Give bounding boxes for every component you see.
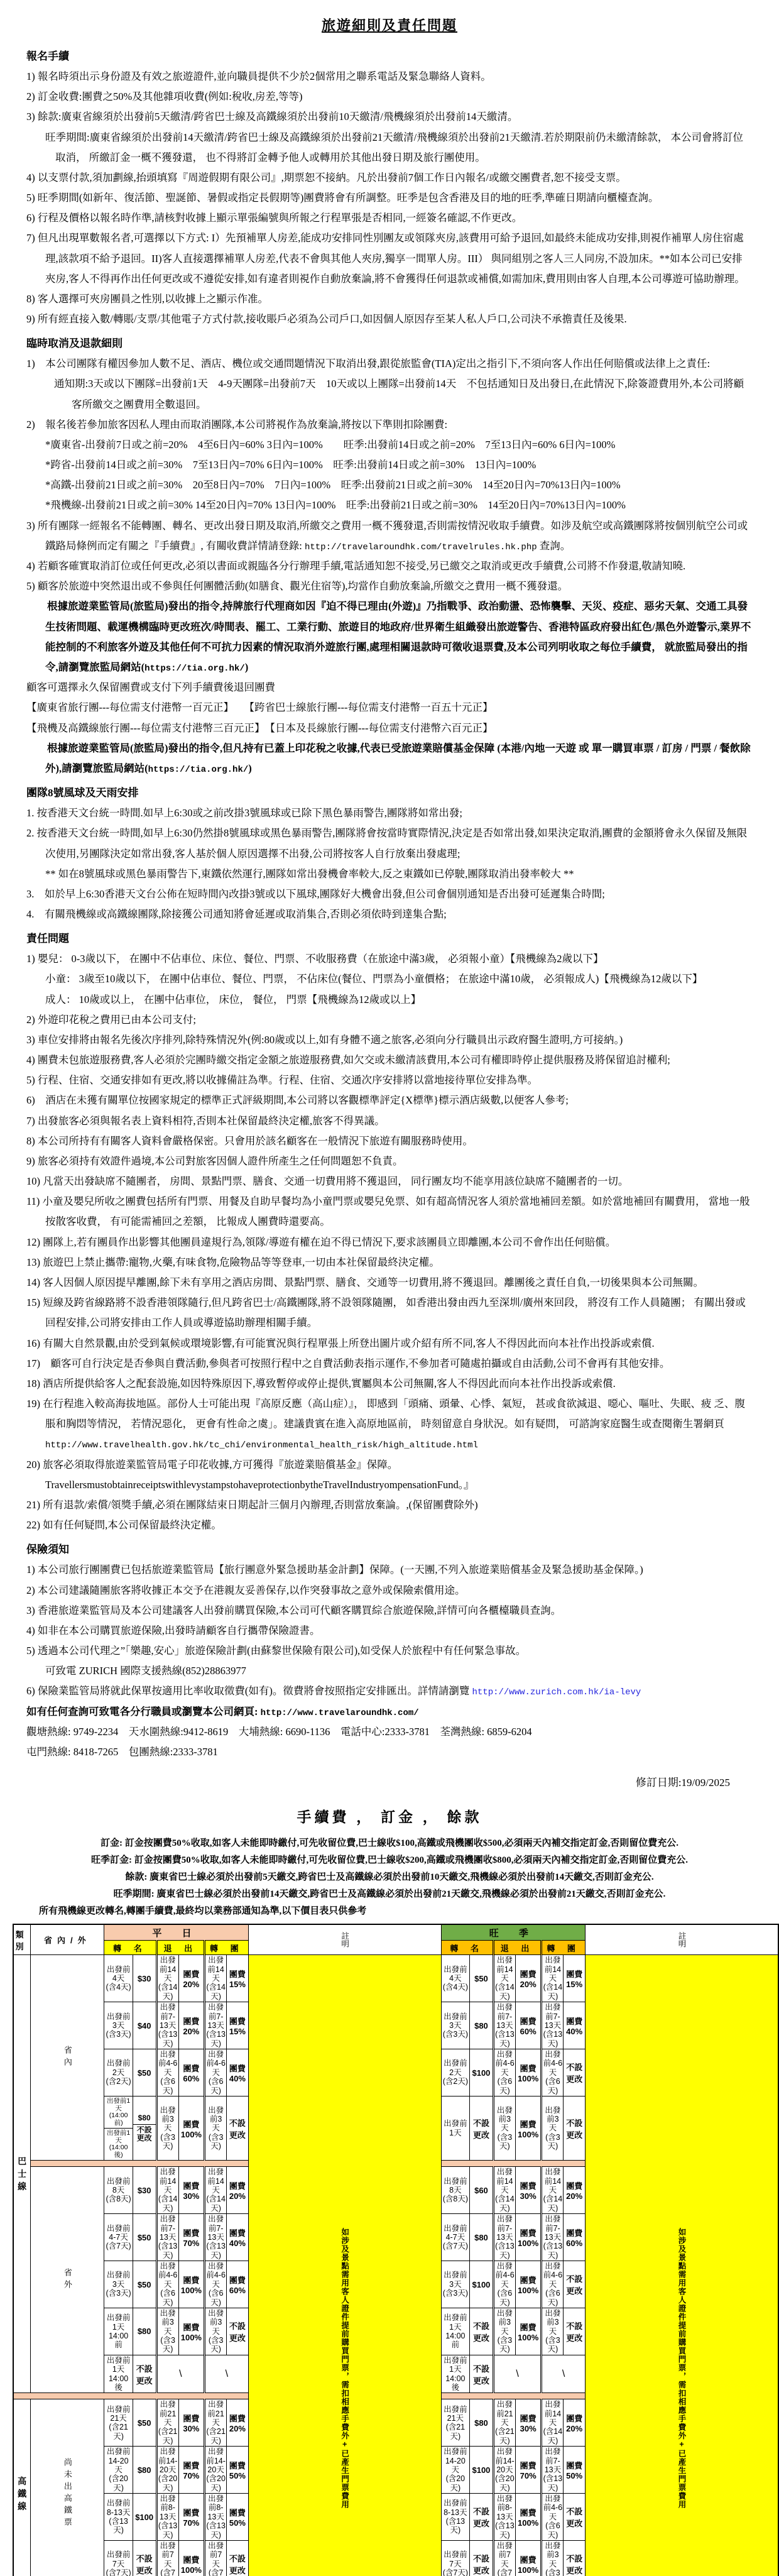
url-text: http://travelaroundhk.com/travelrules.hk… bbox=[305, 542, 537, 552]
paragraph: 4. 有關飛機線或高鐵線團隊,除接獲公司通知將會延遲或取消集合,否則必須依時到達… bbox=[26, 904, 753, 924]
paragraph: *飛機線-出發前21日或之前=30% 14至20日內=70% 13日內=100%… bbox=[26, 495, 753, 515]
paragraph: 2) 外遊印花稅之費用已由本公司支付; bbox=[26, 1010, 753, 1030]
text-run: 19) 在行程進入較高海拔地區。部份人士可能出現『高原反應（高山症）』， 即感到… bbox=[26, 1398, 745, 1430]
fee-cell: 不設更改 bbox=[227, 2308, 248, 2355]
fee-cell: $80 bbox=[470, 2214, 494, 2261]
paragraph: 3) 香港旅遊業監管局及本公司建議客人出發前購買保險,本公司可代顧客購買綜合旅遊… bbox=[26, 1601, 753, 1621]
text-run: ) bbox=[245, 661, 249, 673]
fee-cell: 出發前1天 14:00前 bbox=[104, 2308, 133, 2355]
fee-cell: 出發前8天 (含8天) bbox=[441, 2167, 469, 2214]
fee-cell: 出發前4-6天 (含6天) bbox=[156, 2261, 178, 2308]
fee-table-header: 轉 團 bbox=[205, 1941, 249, 1955]
paragraph: 14) 客人因個人原因提早離團,餘下未有享用之酒店房間、景點門票、膳食、交通等一… bbox=[26, 1273, 753, 1293]
fee-cell: 不設更改 bbox=[564, 2096, 585, 2160]
fee-cell: 團費40% bbox=[227, 2214, 248, 2261]
paragraph: *高鐵-出發前21日或之前=30% 20至8日內=70% 7日內=100% 旺季… bbox=[26, 475, 753, 495]
fee-cell: 出發前4-6天 (含6天) bbox=[493, 2261, 515, 2308]
fee-cell: 團費30% bbox=[178, 2167, 204, 2214]
fee-cell: 出發前14天 (含14天) bbox=[542, 1955, 564, 2002]
paragraph: 旺季期間:廣東省線須於出發前14天繳清/跨省巴士線及高鐵線須於出發前21天繳清/… bbox=[26, 128, 753, 168]
fee-cell: 團費20% bbox=[227, 2167, 248, 2214]
fee-cell: 出發前7-13天 (含13天) bbox=[493, 2214, 515, 2261]
fee-cell: 出發前14天 (含14天) bbox=[542, 2167, 564, 2214]
fee-cell: 團費70% bbox=[178, 2214, 204, 2261]
fee-cell: 出發前14-20天 (含20天) bbox=[493, 2447, 515, 2494]
fee-cell: 出發前14天 (含14天) bbox=[205, 1955, 227, 2002]
category-cell: 巴士線 bbox=[13, 1955, 31, 2393]
fee-intro: 訂金: 訂金按團費50%收取,如客人未能即時繳付,可先收留位費,巴士線收$100… bbox=[0, 1834, 779, 1920]
paragraph: 可致電 ZURICH 國際支援熱線(852)28863977 bbox=[26, 1661, 753, 1681]
fee-cell: 團費100% bbox=[515, 2261, 541, 2308]
paragraph: 6) 行程及價格以報名時作準,請核對收據上顯示單張編號與所報之行程單張是否相同,… bbox=[26, 208, 753, 228]
paragraph: 22) 如有任何疑問,本公司保留最終決定權。 bbox=[26, 1515, 753, 1535]
fee-cell: $80 bbox=[470, 2399, 494, 2447]
url-text: http://www.travelhealth.gov.hk/tc_chi/en… bbox=[45, 1440, 478, 1450]
paragraph: 顧客可選擇永久保留團費或支付下列手續費後退回團費 bbox=[26, 677, 753, 698]
paragraph: 3. 如於早上6:30香港天文台公佈在短時間內改掛3號或以下風球,團隊好大機會出… bbox=[26, 884, 753, 904]
fee-cell: 出發前14天 (含14天) bbox=[205, 2167, 227, 2214]
text-run: 如有任何查詢可致電各分行職員或瀏覽本公司網頁: bbox=[26, 1706, 261, 1718]
fee-cell: 出發前7-13天 (含13天) bbox=[493, 2002, 515, 2049]
fee-cell: 出發前21天 (含21天) bbox=[104, 2399, 133, 2447]
fee-cell: 出發前4天 (含4天) bbox=[441, 1955, 469, 2002]
paragraph: 18) 酒店所提供給客人之配套設施,如因特殊原因下,導致暫停或停止提供,實屬與本… bbox=[26, 1374, 753, 1394]
fee-cell: 團費60% bbox=[564, 2214, 585, 2261]
paragraph: 根據旅遊業監管局(旅監局)發出的指令,持牌旅行代理商如因『迫不得已理由(外遊)』… bbox=[26, 596, 753, 677]
fee-cell: 出發前7天 (含7天) bbox=[441, 2540, 469, 2576]
fee-cell: 不設更改 bbox=[564, 2540, 585, 2576]
scope-cell: 省外 bbox=[31, 2167, 104, 2393]
fee-cell: $50 bbox=[133, 2399, 156, 2447]
paragraph: 屯門熱線: 8418-7265 包團熱線:2333-3781 bbox=[26, 1742, 753, 1762]
paragraph: 1) 報名時須出示身份證及有效之旅遊證件,並向職員提供不少於2個常用之聯系電話及… bbox=[26, 67, 753, 87]
paragraph: 11) 小童及嬰兒所收之團費包括所有門票、用餐及自助早餐均為小童門票或嬰兒免票、… bbox=[26, 1192, 753, 1232]
paragraph: 5) 透過本公司代理之”「樂趣,安心」旅遊保險計劃(由蘇黎世保險有限公司),如受… bbox=[26, 1641, 753, 1661]
fee-table-header: 退 出 bbox=[493, 1941, 542, 1955]
fee-table-header: 旺 季 bbox=[441, 1924, 585, 1941]
fee-cell: 團費50% bbox=[227, 2494, 248, 2541]
fee-cell: 團費60% bbox=[178, 2049, 204, 2096]
paragraph: 2) 訂金收費:團費之50%及其他雜項收費(例如:稅收,房差,等等) bbox=[26, 87, 753, 107]
fee-cell: 出發前3天 (含3天) bbox=[104, 2002, 133, 2049]
fee-cell: 不設更改 bbox=[227, 2540, 248, 2576]
fee-cell: 出發前2天 (含2天) bbox=[441, 2049, 469, 2096]
paragraph: 9) 旅客必須持有效證件過境,本公司對旅客因個人證件所產生之任何問題恕不負責。 bbox=[26, 1151, 753, 1171]
fee-table-header: 平 日 bbox=[104, 1924, 248, 1941]
paragraph: 【飛機及高鐵線旅行團---每位需支付港幣三百元正】 【日本及長線旅行團---每位… bbox=[26, 718, 753, 738]
fee-cell: 團費100% bbox=[178, 2261, 204, 2308]
text-run: 根據旅遊業監管局(旅監局)發出的指令,但凡持有已蓋上印花稅之收據,代表已受旅遊業… bbox=[26, 742, 751, 774]
text-run: 6) 保險業監管局將就此保單按適用比率收取徵費(如有)。徵費將會按照指定安排匯出… bbox=[26, 1685, 472, 1697]
category-cell: 高鐵線 bbox=[13, 2399, 31, 2576]
paragraph: 4) 以支票付款,須加劃線,抬頭填寫『周遊假期有限公司』,期票恕不接納。凡於出發… bbox=[26, 168, 753, 188]
paragraph: 5) 顧客於旅遊中突然退出或不參與任何團體活動(如膳食、觀光住宿等),均當作自動… bbox=[26, 576, 753, 596]
paragraph: 10) 凡當天出發缺席不隨團者， 房間、景點門票、膳食、交通一切費用將不獲退回，… bbox=[26, 1171, 753, 1192]
fee-cell: 團費50% bbox=[564, 2447, 585, 2494]
paragraph: 1) 嬰兒： 0-3歲以下， 在團中不佔車位、床位、餐位、門票、不收服務費（在旅… bbox=[26, 949, 753, 969]
fee-cell: $80 bbox=[470, 2002, 494, 2049]
fee-cell-na: \ bbox=[542, 2355, 586, 2393]
section-heading: 責任問題 bbox=[26, 929, 753, 945]
section-heading: 團隊8號風球及天雨安排 bbox=[26, 784, 753, 799]
fee-cell: 不設更改 bbox=[564, 2308, 585, 2355]
fee-table-header: 類別 bbox=[13, 1924, 31, 1955]
paragraph: 3) 餘款:廣東省線須於出發前5天繳清/跨省巴士線及高鐵線須於出發前10天繳清/… bbox=[26, 107, 753, 127]
text-run: ) bbox=[248, 762, 252, 774]
fee-cell: 出發前7-13天 (含13天) bbox=[156, 2214, 178, 2261]
paragraph: 成人： 10歲或以上， 在團中佔車位， 床位， 餐位， 門票【飛機線為12歲或以… bbox=[26, 990, 753, 1010]
fee-table-header: 省內/外 bbox=[31, 1924, 104, 1955]
separator-band bbox=[441, 2393, 585, 2399]
fee-cell: $50 bbox=[133, 2214, 156, 2261]
fee-cell: $40 bbox=[133, 2002, 156, 2049]
paragraph: 1) 本公司團隊有權因參加人數不足、酒店、機位或交通問題情況下取消出發,跟從旅監… bbox=[26, 354, 753, 374]
text-run: 根據旅遊業監管局(旅監局)發出的指令,持牌旅行代理商如因『迫不得已理由(外遊)』… bbox=[26, 600, 751, 673]
fee-cell: 出發前21天 (含21天) bbox=[441, 2399, 469, 2447]
section-heading: 保險須知 bbox=[26, 1540, 753, 1556]
fee-cell: $80不設更改 bbox=[133, 2096, 156, 2160]
paragraph: 餘款: 廣東省巴士線必須於出發前5天繳交,跨省巴士及高鐵線必須於出發前10天繳交… bbox=[26, 1869, 753, 1886]
fee-cell: 出發前8-13天 (含13天) bbox=[156, 2494, 178, 2541]
paragraph: 19) 在行程進入較高海拔地區。部份人士可能出現『高原反應（高山症）』， 即感到… bbox=[26, 1394, 753, 1455]
document-body: 報名手續1) 報名時須出示身份證及有效之旅遊證件,並向職員提供不少於2個常用之聯… bbox=[0, 41, 779, 1762]
fee-cell: 出發前1天 bbox=[441, 2096, 469, 2160]
paragraph: 2. 按香港天文台統一時間,如早上6:30仍然掛8號風球或黑色暴雨警告,團隊將會… bbox=[26, 823, 753, 863]
fee-cell: 出發前3天 (含3天) bbox=[156, 2096, 178, 2160]
fee-cell: 出發前8天 (含8天) bbox=[104, 2167, 133, 2214]
fee-cell: 出發前3天 (含3天) bbox=[441, 2261, 469, 2308]
fee-cell: $30 bbox=[133, 1955, 156, 2002]
fee-cell: 出發前3天 (含3天) bbox=[542, 2308, 564, 2355]
fee-cell: 出發前14-20天 (含20天) bbox=[441, 2447, 469, 2494]
paragraph: 小童： 3歲至10歲以下， 在團中佔車位、餐位、門票， 不佔床位(餐位、門票為小… bbox=[26, 969, 753, 989]
fee-cell: 出發前4-6天 (含6天) bbox=[542, 2494, 564, 2541]
fee-cell: $100 bbox=[470, 2261, 494, 2308]
scope-cell: 尚未出高鐵票 bbox=[31, 2399, 104, 2576]
fee-cell: 出發前3天 (含3天) bbox=[205, 2096, 227, 2160]
paragraph: 3) 車位安排將由報名先後次序排列,除特殊情況外(例:80歲或以上,如有身體不適… bbox=[26, 1030, 753, 1050]
document: 旅遊細則及責任問題 報名手續1) 報名時須出示身份證及有效之旅遊證件,並向職員提… bbox=[0, 15, 779, 2576]
fee-cell: 出發前7天 (含7天) bbox=[493, 2540, 515, 2576]
fee-cell: 出發前7-13天 (含13天) bbox=[205, 2214, 227, 2261]
fee-cell: 團費20% bbox=[178, 2002, 204, 2049]
fee-cell: 團費100% bbox=[515, 2096, 541, 2160]
section-heading: 臨時取消及退款細則 bbox=[26, 334, 753, 350]
fee-cell: 不設更改 bbox=[470, 2494, 494, 2541]
fee-cell: 出發前3天 (含3天) bbox=[542, 2540, 564, 2576]
paragraph: 15) 短線及跨省線路將不設香港領隊隨行,但凡跨省巴士/高鐵團隊,將不設領隊隨團… bbox=[26, 1293, 753, 1333]
fee-cell: 出發前14天 (含14天) bbox=[493, 2167, 515, 2214]
fee-cell: 出發前7天 (含7天) bbox=[205, 2540, 227, 2576]
fee-cell: 團費100% bbox=[178, 2540, 204, 2576]
paragraph: 3) 所有團隊一經報名不能轉團、轉名、更改出發日期及取消,所繳交之費用一概不獲發… bbox=[26, 516, 753, 556]
fee-cell: 出發前4-6天 (含6天) bbox=[493, 2049, 515, 2096]
fee-cell: 不設更改 bbox=[470, 2540, 494, 2576]
fee-cell: 出發前4-6天 (含6天) bbox=[205, 2049, 227, 2096]
fee-cell: 出發前4-6天 (含6天) bbox=[542, 2261, 564, 2308]
paragraph: 5) 旺季期間(如新年、復活節、聖誕節、暑假或指定長假期等)團費將會有所調整。旺… bbox=[26, 188, 753, 208]
fee-cell: 不設更改 bbox=[470, 2308, 494, 2355]
fee-table-header: 轉 團 bbox=[542, 1941, 586, 1955]
fee-cell: 出發前14-20天 (含20天) bbox=[205, 2447, 227, 2494]
fee-cell: 團費60% bbox=[515, 2002, 541, 2049]
paragraph: 觀塘熱線: 9749-2234 天水圍熱線:9412-8619 大埔熱線: 66… bbox=[26, 1722, 753, 1742]
fee-cell: 出發前2天 (含2天) bbox=[104, 2049, 133, 2096]
url-text: https://tia.org.hk/ bbox=[144, 664, 245, 674]
fee-cell: $100 bbox=[470, 2447, 494, 2494]
fee-table-header: 轉 名 bbox=[104, 1941, 156, 1955]
fee-section-title: 手續費 ， 訂金 ， 餘款 bbox=[0, 1806, 779, 1826]
paragraph: 2) 報名後若參加旅客因私人理由而取消團隊,本公司將視作為放棄論,將按以下準則扣… bbox=[26, 415, 753, 435]
fee-cell: 出發前3天 (含3天) bbox=[493, 2096, 515, 2160]
separator-band bbox=[441, 2161, 585, 2167]
fee-cell: 團費70% bbox=[178, 2494, 204, 2541]
revision-date: 修訂日期:19/09/2025 bbox=[0, 1773, 779, 1789]
paragraph: 4) 如非在本公司購買旅遊保險,出發時請顧客自行攜帶保險證書。 bbox=[26, 1621, 753, 1641]
fee-cell: 出發前14-20天 (含20天) bbox=[156, 2447, 178, 2494]
fee-cell: $30 bbox=[133, 2167, 156, 2214]
fee-cell: 出發前14天 (含14天) bbox=[156, 2167, 178, 2214]
fee-cell: 出發前3天 (含3天) bbox=[156, 2308, 178, 2355]
fee-cell: 團費20% bbox=[515, 1955, 541, 2002]
fee-cell: 出發前7-13天 (含13天) bbox=[156, 2002, 178, 2049]
fee-cell: 出發前3天 (含3天) bbox=[542, 2096, 564, 2160]
fee-cell: 團費100% bbox=[515, 2540, 541, 2576]
fee-cell: 團費70% bbox=[178, 2447, 204, 2494]
fee-cell: 團費100% bbox=[515, 2308, 541, 2355]
fee-cell: $50 bbox=[133, 2261, 156, 2308]
fee-cell: 出發前7天 (含7天) bbox=[156, 2540, 178, 2576]
fee-cell: 團費100% bbox=[515, 2214, 541, 2261]
url-text: http://www.travelaroundhk.com/ bbox=[261, 1708, 419, 1718]
paragraph: 所有飛機線更改轉名,轉團手續費,最終均以業務部通知為準,以下價目表只供參考 bbox=[26, 1903, 753, 1920]
fee-cell: 出發前21天 (含21天) bbox=[493, 2399, 515, 2447]
fee-cell: 團費15% bbox=[227, 1955, 248, 2002]
fee-cell: 不設更改 bbox=[133, 2355, 156, 2393]
paragraph: ** 如在8號風球或黑色暴雨警告下,東鐵依然運行,團隊如常出發機會率較大,反之東… bbox=[26, 864, 753, 884]
fee-table-holder: 類別省內/外平 日註明旺 季註明轉 名退 出轉 團轉 名退 出轉 團巴士線省內出… bbox=[0, 1924, 779, 2576]
scope-cell: 省內 bbox=[31, 1955, 104, 2161]
fee-cell: 團費50% bbox=[227, 2447, 248, 2494]
fee-cell: $80 bbox=[133, 2308, 156, 2355]
url-text: https://tia.org.hk/ bbox=[148, 765, 249, 775]
paragraph: 16) 有關大自然景觀,由於受到氣候或環境影響,有可能實況與行程單張上所登出圖片… bbox=[26, 1334, 753, 1354]
paragraph: 4) 團費未包旅遊服務費,客人必須於完團時繳交指定金額之旅遊服務費,如欠交或未繳… bbox=[26, 1050, 753, 1070]
fee-cell: 出發前8-13天 (含13天) bbox=[205, 2494, 227, 2541]
fee-cell: 出發前1天 14:00後 bbox=[441, 2355, 469, 2393]
fee-cell: 不設更改 bbox=[133, 2540, 156, 2576]
paragraph: 12) 團隊上,若有團員作出影響其他團員違規行為,領隊/導遊有權在迫不得已情況下… bbox=[26, 1232, 753, 1252]
fee-cell: 不設更改 bbox=[227, 2096, 248, 2160]
fee-cell: 不設更改 bbox=[564, 2494, 585, 2541]
fee-cell: 出發前7天 (含7天) bbox=[104, 2540, 133, 2576]
fee-cell: 出發前7-13天 (含13天) bbox=[542, 2214, 564, 2261]
paragraph: 6) 酒店在未獲有關單位按國家規定的標準正式評級期間,本公司將以客觀標準評定{X… bbox=[26, 1090, 753, 1110]
fee-cell: 團費30% bbox=[178, 2399, 204, 2447]
fee-cell: 出發前21天 (含21天) bbox=[156, 2399, 178, 2447]
fee-table: 類別省內/外平 日註明旺 季註明轉 名退 出轉 團轉 名退 出轉 團巴士線省內出… bbox=[13, 1924, 779, 2576]
fee-cell: 出發前4-7天 (含7天) bbox=[104, 2214, 133, 2261]
fee-cell-na: \ bbox=[493, 2355, 542, 2393]
fee-cell: 不設更改 bbox=[564, 2261, 585, 2308]
fee-cell: 出發前7-13天 (含13天) bbox=[205, 2002, 227, 2049]
fee-cell: $50 bbox=[470, 1955, 494, 2002]
fee-cell: 出發前1天 (14:00前)出發前1天 (14:00後) bbox=[104, 2096, 133, 2160]
fee-cell: 團費30% bbox=[515, 2399, 541, 2447]
fee-cell: 出發前7-13天 (含13天) bbox=[542, 2002, 564, 2049]
fee-cell: 不設更改 bbox=[470, 2096, 494, 2160]
paragraph: 8) 客人選擇可夾房團員之性別,以收據上之顯示作准。 bbox=[26, 289, 753, 309]
paragraph: 旺季訂金: 訂金按團費50%收取,如客人未能即時繳付,可先收留位費,巴士線收$2… bbox=[26, 1852, 753, 1869]
fee-cell-na: \ bbox=[156, 2355, 205, 2393]
fee-cell: $60 bbox=[470, 2167, 494, 2214]
separator-band bbox=[31, 2161, 248, 2167]
fee-cell: 出發前21天 (含21天) bbox=[205, 2399, 227, 2447]
paragraph: 7) 出發旅客必須與報名表上資料相符,否則本社保留最終決定權,旅客不得異議。 bbox=[26, 1111, 753, 1131]
paragraph: 13) 旅遊巴上禁止攜帶:寵物,火藥,有味食物,危險物品等等登車,一切由本社保留… bbox=[26, 1252, 753, 1273]
paragraph: 7) 但凡出現單數報名者,可選擇以下方式: I）先預補單人房差,能成功安排同性別… bbox=[26, 228, 753, 289]
fee-cell: 出發前8-13天 (含13天) bbox=[441, 2494, 469, 2541]
fee-cell: 團費70% bbox=[515, 2447, 541, 2494]
paragraph: 4) 若顧客確實取消訂位或任何更改,必須以書面或親臨各分行辦理手續,電話通知恕不… bbox=[26, 556, 753, 576]
fee-cell: 團費100% bbox=[515, 2049, 541, 2096]
text-run: 查詢。 bbox=[537, 540, 571, 552]
paragraph: *跨省-出發前14日或之前=30% 7至13日內=70% 6日內=100% 旺季… bbox=[26, 455, 753, 475]
fee-cell: 團費100% bbox=[178, 2096, 204, 2160]
paragraph: Travellersmustobtainreceiptswithlevystam… bbox=[26, 1475, 753, 1495]
paragraph: 根據旅遊業監管局(旅監局)發出的指令,但凡持有已蓋上印花稅之收據,代表已受旅遊業… bbox=[26, 738, 753, 779]
paragraph: 8) 本公司所持有有關客人資料會嚴格保密。只會用於該名顧客在一般情況下旅遊有關服… bbox=[26, 1131, 753, 1151]
fee-cell: 出發前8-13天 (含13天) bbox=[493, 2494, 515, 2541]
fee-table-header: 註明 bbox=[585, 1924, 778, 1955]
fee-cell: 出發前7-13天 (含13天) bbox=[542, 2447, 564, 2494]
fee-cell: 出發前3天 (含3天) bbox=[104, 2261, 133, 2308]
fee-cell: 團費60% bbox=[227, 2261, 248, 2308]
paragraph: 1. 按香港天文台統一時間.如早上6:30或之前改掛3號風球或已除下黑色暴雨警告… bbox=[26, 803, 753, 823]
fee-cell: 出發前8-13天 (含13天) bbox=[104, 2494, 133, 2541]
fee-cell: 團費40% bbox=[227, 2049, 248, 2096]
fee-table-header: 註明 bbox=[248, 1924, 441, 1955]
fee-cell: 團費30% bbox=[515, 2167, 541, 2214]
fee-cell: $100 bbox=[470, 2049, 494, 2096]
fee-cell: 團費15% bbox=[564, 1955, 585, 2002]
paragraph: 如有任何查詢可致電各分行職員或瀏覽本公司網頁: http://www.trave… bbox=[26, 1702, 753, 1722]
paragraph: 2) 本公司建議隨團旅客將收據正本交予在港親友妥善保存,以作突發事故之意外或保險… bbox=[26, 1581, 753, 1601]
fee-cell: 出發前4-6天 (含6天) bbox=[156, 2049, 178, 2096]
fee-cell: 不設更改 bbox=[470, 2355, 494, 2393]
paragraph: 【廣東省旅行團---每位需支付港幣一百元正】 【跨省巴士線旅行團---每位需支付… bbox=[26, 698, 753, 718]
note-column: 如涉及景點需用客人證件提前購買門票，需扣相應手費外+已產生門票費用 bbox=[585, 1955, 778, 2576]
fee-cell: 出發前3天 (含3天) bbox=[441, 2002, 469, 2049]
paragraph: 17) 顧客可自行決定是否參與自費活動,參與者可按照行程中之自費活動表指示運作,… bbox=[26, 1354, 753, 1374]
fee-cell: 團費20% bbox=[227, 2399, 248, 2447]
fee-cell: 出發前14-20天 (含20天) bbox=[104, 2447, 133, 2494]
section-heading: 報名手續 bbox=[26, 47, 753, 63]
fee-cell: 出發前3天 (含3天) bbox=[493, 2308, 515, 2355]
paragraph: 21) 所有退款/索償/領獎手續,必須在團隊結束日期起計三個月內辦理,否則當放棄… bbox=[26, 1495, 753, 1515]
fee-cell: 出發前4-6天 (含6天) bbox=[205, 2261, 227, 2308]
fee-cell: 出發前14天 (含14天) bbox=[493, 1955, 515, 2002]
paragraph: 5) 行程、住宿、交通安排如有更改,將以收據備註為準。行程、住宿、交通次序安排將… bbox=[26, 1070, 753, 1090]
fee-cell: 團費40% bbox=[564, 2002, 585, 2049]
fee-cell: $80 bbox=[133, 2447, 156, 2494]
paragraph: 通知期:3天或以下團隊=出發前1天 4-9天團隊=出發前7天 10天或以上團隊=… bbox=[26, 374, 753, 414]
fee-cell: 團費20% bbox=[564, 2399, 585, 2447]
paragraph: 20) 旅客必須取得旅遊業監管局電子印花收據,方可獲得『旅遊業賠償基金』保障。 bbox=[26, 1455, 753, 1475]
fee-table-header: 轉 名 bbox=[441, 1941, 493, 1955]
fee-cell: 出發前14天 (含14天) bbox=[156, 1955, 178, 2002]
fee-cell: 團費100% bbox=[178, 2308, 204, 2355]
paragraph: 1) 本公司旅行團團費已包括旅遊業監管局【旅行團意外緊急援助基金計劃】保障。(一… bbox=[26, 1560, 753, 1580]
fee-cell: 出發前4天 (含4天) bbox=[104, 1955, 133, 2002]
fee-cell: 出發前1天 14:00前 bbox=[441, 2308, 469, 2355]
url-text[interactable]: http://www.zurich.com.hk/ia-levy bbox=[472, 1687, 641, 1697]
paragraph: 9) 所有經直接入數/轉賬/支票/其他電子方式付款,接收賬戶必須為公司戶口,如因… bbox=[26, 309, 753, 329]
paragraph: *廣東省-出發前7日或之前=20% 4至6日內=60% 3日內=100% 旺季:… bbox=[26, 435, 753, 455]
fee-cell: 團費100% bbox=[515, 2494, 541, 2541]
note-column: 如涉及景點需用客人證件提前購買門票，需扣相應手費外+已產生門票費用 bbox=[248, 1955, 441, 2576]
separator-band bbox=[13, 2393, 248, 2399]
fee-cell: 出發前1天 14:00後 bbox=[104, 2355, 133, 2393]
fee-cell: 出發前4-7天 (含7天) bbox=[441, 2214, 469, 2261]
fee-cell: 不設更改 bbox=[564, 2049, 585, 2096]
fee-table-header: 退 出 bbox=[156, 1941, 205, 1955]
fee-cell: 出發前14天 (含14天) bbox=[542, 2399, 564, 2447]
paragraph: 訂金: 訂金按團費50%收取,如客人未能即時繳付,可先收留位費,巴士線收$100… bbox=[26, 1835, 753, 1852]
fee-cell: 團費15% bbox=[227, 2002, 248, 2049]
paragraph: 旺季期間: 廣東省巴士線必須於出發前14天繳交,跨省巴士及高鐵線必須於出發前21… bbox=[26, 1886, 753, 1903]
fee-cell: $100 bbox=[133, 2494, 156, 2541]
fee-cell: 團費20% bbox=[178, 1955, 204, 2002]
paragraph: 6) 保險業監管局將就此保單按適用比率收取徵費(如有)。徵費將會按照指定安排匯出… bbox=[26, 1681, 753, 1701]
fee-cell-na: \ bbox=[205, 2355, 249, 2393]
fee-cell: 團費20% bbox=[564, 2167, 585, 2214]
fee-cell: 出發前3天 (含3天) bbox=[205, 2308, 227, 2355]
fee-cell: 出發前4-6天 (含6天) bbox=[542, 2049, 564, 2096]
fee-cell: $50 bbox=[133, 2049, 156, 2096]
page-title: 旅遊細則及責任問題 bbox=[0, 15, 779, 35]
